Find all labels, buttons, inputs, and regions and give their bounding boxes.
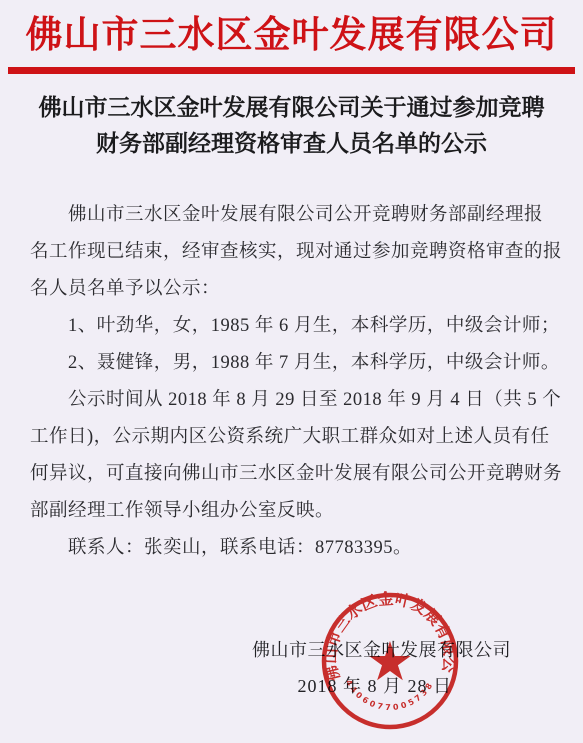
official-seal: 佛山市三水区金叶发展有限公司 ★ 4406077005738 [317, 588, 463, 734]
candidate-item-1: 1、叶劲华，女，1985 年 6 月生，本科学历，中级会计师； [30, 308, 555, 345]
text-line: 公示时间从 2018 年 8 月 29 日至 2018 年 9 月 4 日（共 … [30, 382, 555, 419]
document-page: 佛山市三水区金叶发展有限公司 佛山市三水区金叶发展有限公司关于通过参加竞聘 财务… [0, 0, 583, 743]
text-line: 2、聂健锋，男，1988 年 7 月生，本科学历，中级会计师。 [30, 345, 555, 382]
text-line: 佛山市三水区金叶发展有限公司公开竞聘财务部副经理报 [30, 197, 555, 234]
document-body: 佛山市三水区金叶发展有限公司公开竞聘财务部副经理报名工作现已结束，经审查核实，现… [30, 197, 555, 567]
text-line: 工作日)，公示期内区公资系统广大职工群众如对上述人员有任 [30, 419, 555, 456]
candidate-item-2: 2、聂健锋，男，1988 年 7 月生，本科学历，中级会计师。 [30, 345, 555, 382]
text-line: 联系人：张奕山，联系电话：87783395。 [30, 530, 555, 567]
text-line: 何异议，可直接向佛山市三水区金叶发展有限公司公开竞聘财务 [30, 456, 555, 493]
paragraph-intro: 佛山市三水区金叶发展有限公司公开竞聘财务部副经理报名工作现已结束，经审查核实，现… [30, 197, 555, 308]
text-line: 名工作现已结束，经审查核实，现对通过参加竞聘资格审查的报 [30, 234, 555, 271]
text-line: 名人员名单予以公示： [30, 271, 555, 308]
seal-star-icon: ★ [366, 630, 414, 693]
text-line: 1、叶劲华，女，1985 年 6 月生，本科学历，中级会计师； [30, 308, 555, 345]
company-letterhead: 佛山市三水区金叶发展有限公司 [0, 0, 583, 58]
paragraph-contact: 联系人：张奕山，联系电话：87783395。 [30, 530, 555, 567]
paragraph-publicity-period: 公示时间从 2018 年 8 月 29 日至 2018 年 9 月 4 日（共 … [30, 382, 555, 530]
letterhead-divider [8, 67, 575, 74]
document-title-line1: 佛山市三水区金叶发展有限公司关于通过参加竞聘 [0, 90, 583, 126]
document-title-line2: 财务部副经理资格审查人员名单的公示 [0, 126, 583, 162]
text-line: 部副经理工作领导小组办公室反映。 [30, 493, 555, 530]
document-title: 佛山市三水区金叶发展有限公司关于通过参加竞聘 财务部副经理资格审查人员名单的公示 [0, 90, 583, 162]
